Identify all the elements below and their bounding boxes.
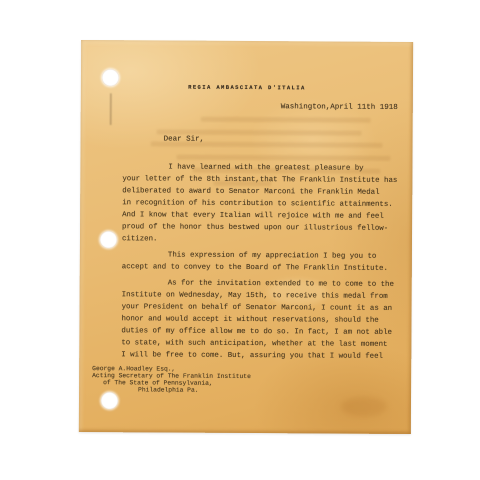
- letter-body: I have learned with the greatest pleasur…: [121, 161, 404, 367]
- letter-paragraph: As for the invitation extended to me to …: [121, 277, 404, 363]
- scanned-letter-page: REGIA AMBASCIATA D'ITALIA Washington,Apr…: [0, 0, 480, 480]
- punch-hole-middle: [100, 231, 117, 248]
- recipient-line: Philadelphia Pa.: [138, 386, 251, 394]
- letter-line: citizen.: [122, 233, 404, 247]
- bleedthrough-mark: [201, 117, 371, 123]
- bleedthrough-mark: [176, 155, 390, 161]
- letter-paragraph: This expression of my appreciation I beg…: [122, 249, 404, 275]
- paper-stain: [341, 397, 387, 417]
- letter-paragraph: I have learned with the greatest pleasur…: [122, 161, 405, 247]
- letter-line: I will be free to come. But, assuring yo…: [121, 349, 403, 363]
- letter-line: proud of the honor thus bestwed upon our…: [122, 221, 404, 235]
- dateline: Washington,April 11th 1918: [281, 103, 398, 112]
- punch-hole-bottom: [101, 392, 118, 409]
- pencil-mark: [110, 93, 112, 125]
- recipient-block: George A.Hoadley Esq.,Acting Secretary o…: [92, 365, 251, 394]
- letterhead-embassy: REGIA AMBASCIATA D'ITALIA: [81, 83, 413, 92]
- letter-paper: REGIA AMBASCIATA D'ITALIA Washington,Apr…: [79, 40, 413, 434]
- salutation: Dear Sir,: [164, 135, 205, 143]
- letter-line: accept and to convey to the Board of The…: [122, 261, 404, 275]
